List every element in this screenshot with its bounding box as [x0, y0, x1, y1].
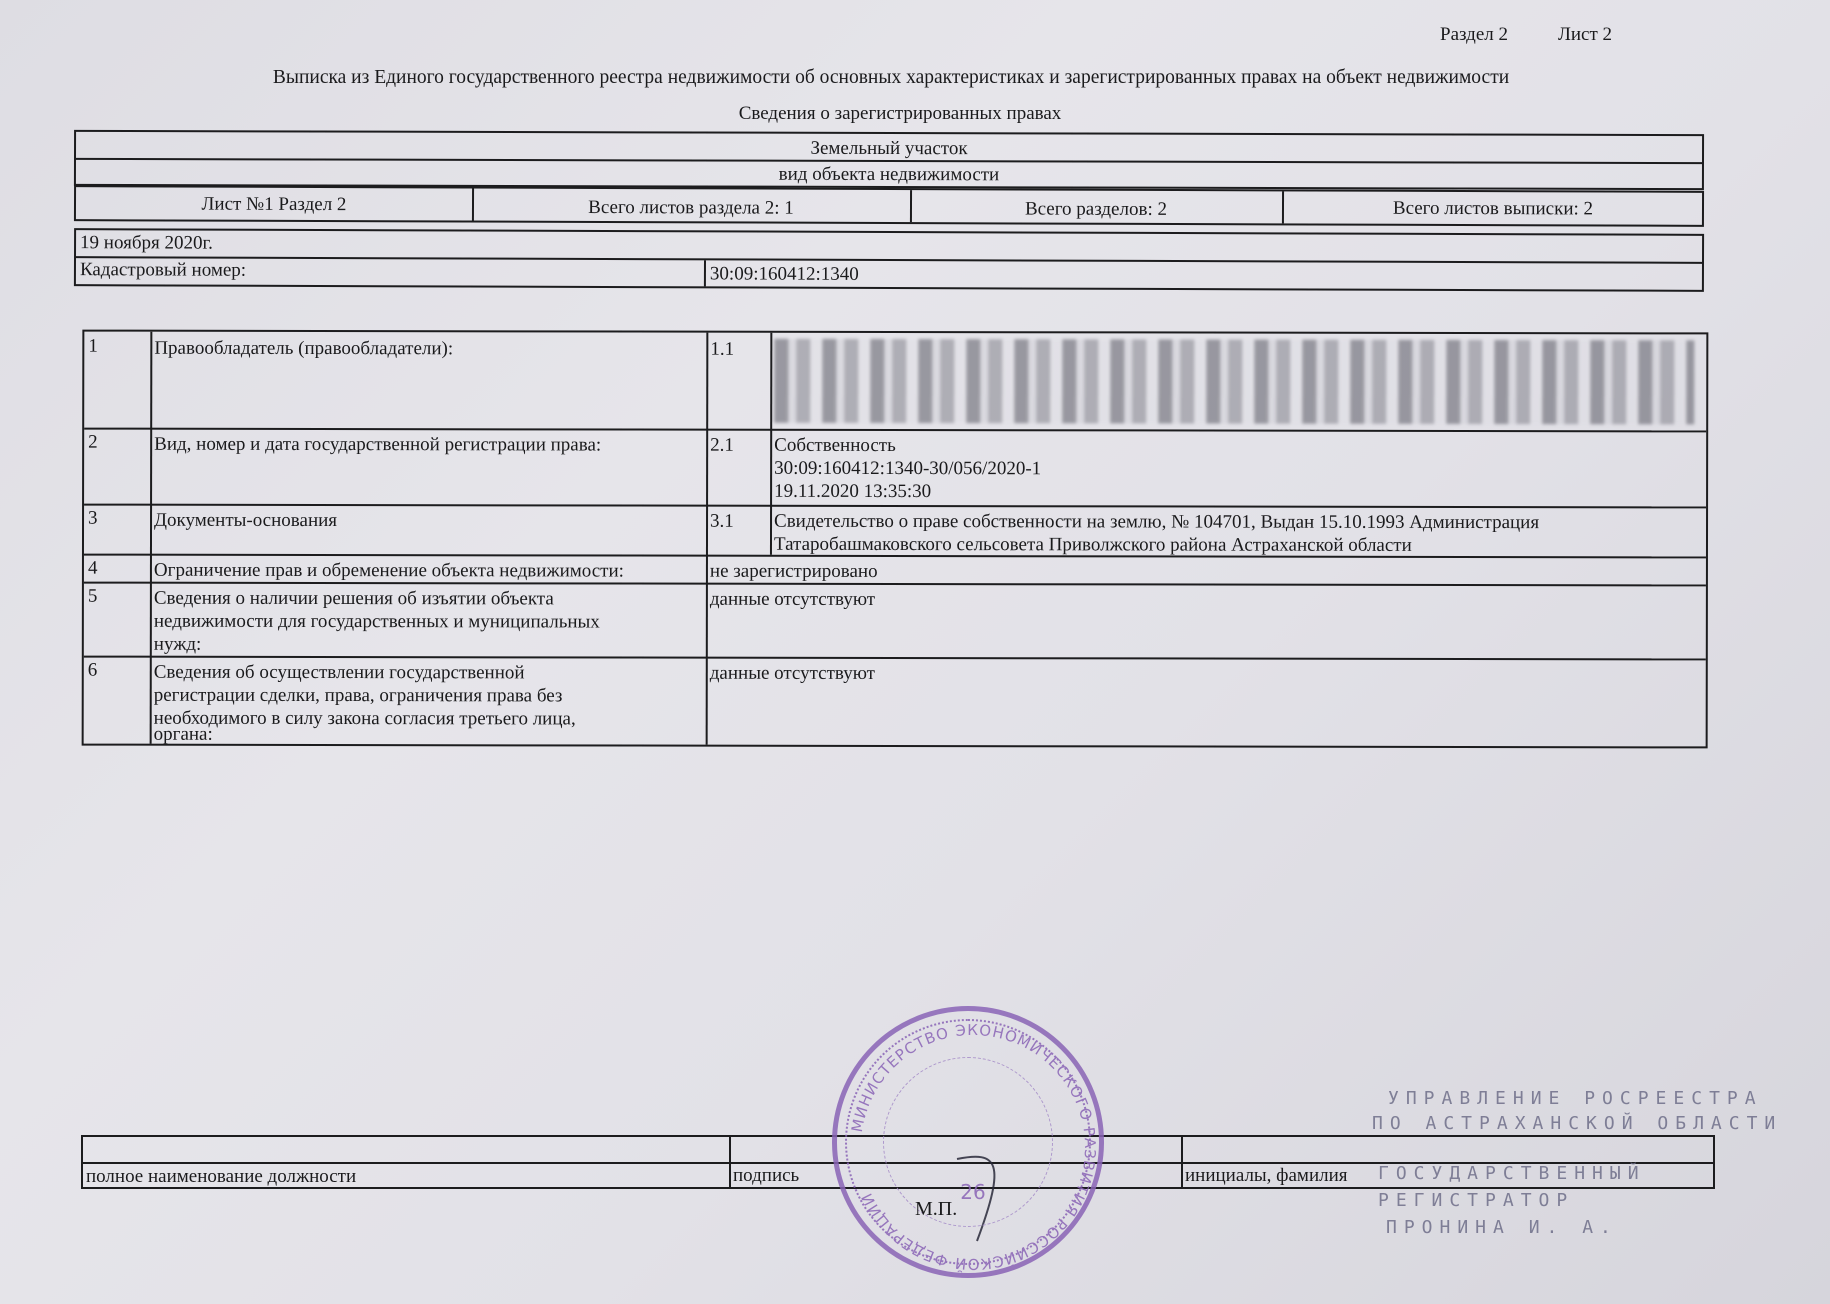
row-label: Вид, номер и дата государственной регист… [154, 434, 601, 457]
seal-place-label: М.П. [915, 1198, 957, 1220]
row-subnumber: 1.1 [710, 339, 734, 361]
row-subnumber: 3.1 [710, 511, 734, 533]
stamp-line: ПО АСТРАХАНСКОЙ ОБЛАСТИ [1372, 1113, 1782, 1134]
position-caption: полное наименование должности [86, 1166, 356, 1188]
right-type: Собственность [774, 435, 896, 457]
stamp-line: ГОСУДАРСТВЕННЫЙ [1378, 1163, 1646, 1184]
sheet-info-table: Лист №1 Раздел 2 Всего листов раздела 2:… [74, 185, 1704, 227]
signature-caption: подпись [733, 1165, 799, 1187]
name-caption: инициалы, фамилия [1185, 1165, 1348, 1187]
svg-text:26: 26 [960, 1180, 985, 1204]
extract-sheets-total: Всего листов выписки: 2 [1282, 197, 1704, 220]
table-row: 1 Правообладатель (правообладатели): 1.1 [84, 332, 1706, 335]
row-number: 4 [88, 558, 98, 580]
row-label: Документы-основания [154, 510, 337, 532]
row-label: Ограничение прав и обременение объекта н… [154, 560, 624, 583]
table-row: 6 Сведения об осуществлении государствен… [84, 332, 1706, 335]
row-number: 1 [88, 336, 98, 358]
table-row: 2 Вид, номер и дата государственной реги… [84, 332, 1706, 335]
sheet-label: Лист 2 [1558, 24, 1612, 46]
rights-table: 1 Правообладатель (правообладатели): 1.1… [82, 330, 1709, 749]
row-value: данные отсутствуют [710, 589, 875, 611]
row-label-line: регистрации сделки, права, ограничения п… [154, 685, 563, 708]
redacted-owner [774, 339, 1694, 425]
svg-text:МИНИСТЕРСТВО ЭКОНОМИЧЕСКОГО РА: МИНИСТЕРСТВО ЭКОНОМИЧЕСКОГО РАЗВИТИЯ РОС… [848, 1021, 1099, 1274]
row-label-line: органа: [154, 724, 213, 746]
row-label-line: нужд: [154, 634, 202, 656]
row-label-line: Сведения об осуществлении государственно… [154, 662, 525, 685]
row-label-line: необходимого в силу закона согласия трет… [154, 708, 576, 731]
section-sheets-total: Всего листов раздела 2: 1 [472, 197, 910, 221]
object-type-caption: вид объекта недвижимости [76, 162, 1702, 188]
sections-total: Всего разделов: 2 [910, 198, 1282, 221]
row-label-line: недвижимости для государственных и муниц… [154, 611, 600, 634]
row-label-line: Сведения о наличии решения об изъятии об… [154, 588, 554, 611]
cadastral-label: Кадастровый номер: [80, 259, 246, 282]
date-cadastral-table: 19 ноября 2020г. Кадастровый номер: 30:0… [74, 228, 1704, 292]
basis-document-line-1: Свидетельство о праве собственности на з… [774, 511, 1539, 534]
row-value: не зарегистрировано [710, 561, 878, 583]
cadastral-number: 30:09:160412:1340 [710, 263, 859, 286]
seal-ring: МИНИСТЕРСТВО ЭКОНОМИЧЕСКОГО РАЗВИТИЯ РОС… [837, 1011, 1109, 1283]
row-number: 3 [88, 508, 98, 530]
section-label: Раздел 2 [1440, 24, 1508, 46]
basis-document-line-2: Татаробашмаковского сельсовета Приволжск… [774, 534, 1412, 557]
row-value: данные отсутствуют [710, 663, 875, 685]
row-number: 6 [88, 660, 98, 682]
document-title: Выписка из Единого государственного реес… [0, 67, 1782, 89]
document-subtitle: Сведения о зарегистрированных правах [0, 103, 1800, 125]
table-row: 5 Сведения о наличии решения об изъятии … [84, 332, 1706, 335]
object-type-table: Земельный участок вид объекта недвижимос… [74, 130, 1704, 190]
registration-number: 30:09:160412:1340-30/056/2020-1 [774, 458, 1041, 480]
official-seal-icon: МИНИСТЕРСТВО ЭКОНОМИЧЕСКОГО РАЗВИТИЯ РОС… [832, 1006, 1104, 1278]
sheet-section: Лист №1 Раздел 2 [76, 193, 472, 216]
registration-date: 19.11.2020 13:35:30 [774, 481, 931, 503]
table-row: 4 Ограничение прав и обременение объекта… [84, 332, 1706, 335]
row-number: 2 [88, 432, 98, 454]
row-number: 5 [88, 586, 98, 608]
stamp-line: ПРОНИНА И. А. [1386, 1217, 1618, 1238]
stamp-line: УПРАВЛЕНИЕ РОСРЕЕСТРА [1388, 1088, 1763, 1109]
table-row: 3 Документы-основания 3.1 Свидетельство … [84, 332, 1706, 335]
row-label: Правообладатель (правообладатели): [154, 338, 453, 361]
row-subnumber: 2.1 [710, 435, 734, 457]
stamp-line: РЕГИСТРАТОР [1378, 1190, 1574, 1211]
extract-date: 19 ноября 2020г. [80, 232, 213, 254]
